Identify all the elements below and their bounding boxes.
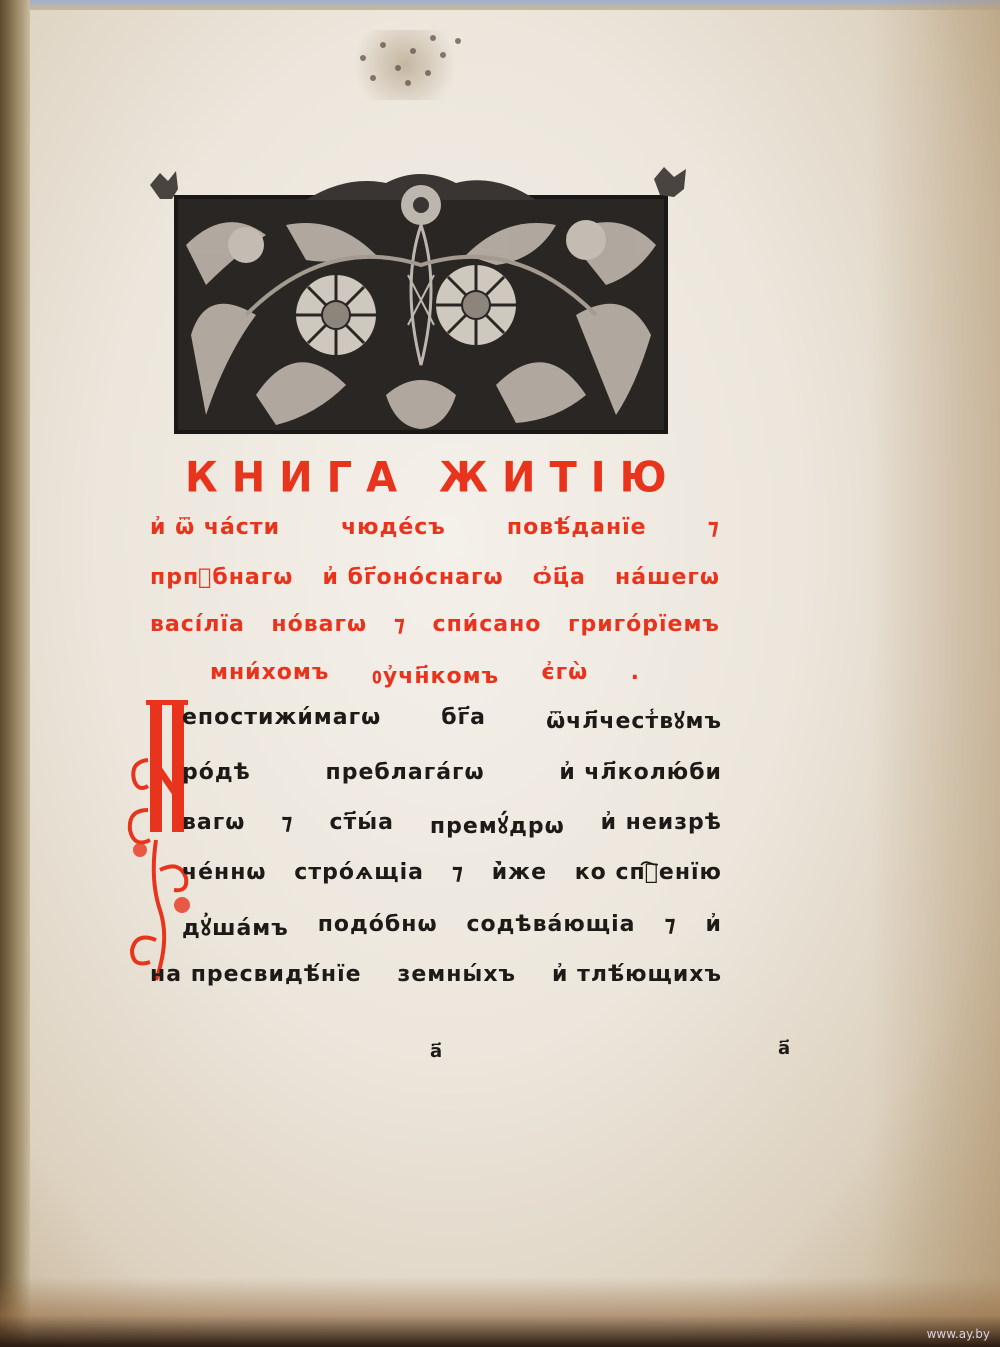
subtitle-word: ⁊ bbox=[394, 612, 406, 644]
subtitle-word: григо́рїемъ bbox=[568, 612, 720, 644]
subtitle-word: и҆ ѿ ча́сти bbox=[150, 515, 280, 547]
subtitle-line-2: прпⷣбнагѡ и҆ бг҃оно́снагѡ ѻ҆ц҃а на́шегѡ bbox=[150, 565, 720, 597]
book-page: КНИГА ЖИТІЮ и҆ ѿ ча́сти чюде́съ повѣ́дан… bbox=[0, 0, 1000, 1347]
body-word: ро́дѣ bbox=[182, 760, 251, 792]
subtitle-word: и҆ бг҃оно́снагѡ bbox=[323, 565, 504, 597]
subtitle-word: є҆гѡ̀ bbox=[542, 660, 589, 692]
subtitle-line-4: мни́хомъ ᲂу҆чн҃комъ є҆гѡ̀ . bbox=[210, 660, 640, 692]
subtitle-word: но́вагѡ bbox=[271, 612, 367, 644]
body-word: и҆̀же bbox=[492, 860, 547, 892]
body-line-6: на пресвидѣ́нїе земны́хъ и҆ тлѣ́ющихъ bbox=[150, 962, 722, 994]
ornamental-headpiece bbox=[146, 165, 694, 440]
body-line-2: ро́дѣ преблага́гѡ и҆ чл҃колю́би bbox=[182, 760, 722, 792]
body-word: епостижи́магѡ bbox=[182, 705, 381, 737]
background-strip bbox=[0, 0, 1000, 10]
subtitle-word: мни́хомъ bbox=[210, 660, 329, 692]
body-word: на пресвидѣ́нїе bbox=[150, 962, 362, 994]
drop-cap-ornament: Н bbox=[120, 700, 205, 1000]
body-word: и҆ неизрѣ bbox=[601, 810, 722, 842]
subtitle-word: васі́лїа bbox=[150, 612, 245, 644]
subtitle-word: ᲂу҆чн҃комъ bbox=[372, 660, 499, 692]
folio-mark-right: а҃ bbox=[778, 1042, 790, 1056]
body-word: ⁊ bbox=[452, 860, 464, 892]
finial-left-icon bbox=[150, 171, 178, 199]
subtitle-word: ⁊ bbox=[708, 515, 720, 547]
body-word: подо́бнѡ bbox=[318, 912, 438, 944]
subtitle-line-3: васі́лїа но́вагѡ ⁊ спи́сано григо́рїемъ bbox=[150, 612, 720, 644]
book-title: КНИГА ЖИТІЮ bbox=[185, 454, 685, 502]
sunflower-right-icon bbox=[436, 265, 516, 345]
subtitle-word: чюде́съ bbox=[341, 515, 446, 547]
foxing-stain bbox=[340, 30, 470, 100]
body-word: содѣва́ющіа bbox=[466, 912, 635, 944]
finial-right-icon bbox=[654, 167, 686, 197]
body-word: преблага́гѡ bbox=[326, 760, 485, 792]
body-word: и҆ чл҃колю́би bbox=[559, 760, 722, 792]
watermark-text: www.ay.by bbox=[927, 1327, 990, 1341]
body-word: премꙋ́дрѡ bbox=[430, 810, 565, 842]
subtitle-word: спи́сано bbox=[433, 612, 542, 644]
body-word: дꙋ҆ша́мъ bbox=[182, 912, 289, 944]
body-word: ст҃ы́а bbox=[329, 810, 394, 842]
body-word: че́ннѡ bbox=[182, 860, 267, 892]
subtitle-word: прпⷣбнагѡ bbox=[150, 565, 293, 597]
body-line-1: епостижи́магѡ бг҃а ѿчл҃чест̾вꙋмъ bbox=[182, 705, 722, 737]
page-left-edge bbox=[0, 0, 30, 1347]
subtitle-word: повѣ́данїе bbox=[507, 515, 647, 547]
body-word: ко спⷭ҇енїю bbox=[575, 860, 722, 892]
body-word: ⁊ bbox=[281, 810, 293, 842]
subtitle-word: . bbox=[631, 660, 640, 692]
page-right-shading bbox=[870, 0, 1000, 1347]
page-bottom-edge bbox=[0, 1277, 1000, 1347]
folio-mark-center: а҃ bbox=[430, 1045, 442, 1059]
body-word: бг҃а bbox=[441, 705, 486, 737]
body-line-4: че́ннѡ стро́ѧщіа ⁊ и҆̀же ко спⷭ҇енїю bbox=[182, 860, 722, 892]
body-word: стро́ѧщіа bbox=[294, 860, 424, 892]
sunflower-left-icon bbox=[296, 275, 376, 355]
subtitle-word: ѻ҆ц҃а bbox=[533, 565, 586, 597]
subtitle-word: на́шегѡ bbox=[615, 565, 720, 597]
body-word: и҆ bbox=[706, 912, 722, 944]
body-word: вагѡ bbox=[182, 810, 245, 842]
body-word: ѿчл҃чест̾вꙋмъ bbox=[546, 705, 722, 737]
body-word: земны́хъ bbox=[398, 962, 517, 994]
body-line-5: дꙋ҆ша́мъ подо́бнѡ содѣва́ющіа ⁊ и҆ bbox=[182, 912, 722, 944]
subtitle-line-1: и҆ ѿ ча́сти чюде́съ повѣ́данїе ⁊ bbox=[150, 515, 720, 547]
body-word: и҆ тлѣ́ющихъ bbox=[552, 962, 722, 994]
body-word: ⁊ bbox=[664, 912, 676, 944]
body-line-3: вагѡ ⁊ ст҃ы́а премꙋ́дрѡ и҆ неизрѣ bbox=[182, 810, 722, 842]
